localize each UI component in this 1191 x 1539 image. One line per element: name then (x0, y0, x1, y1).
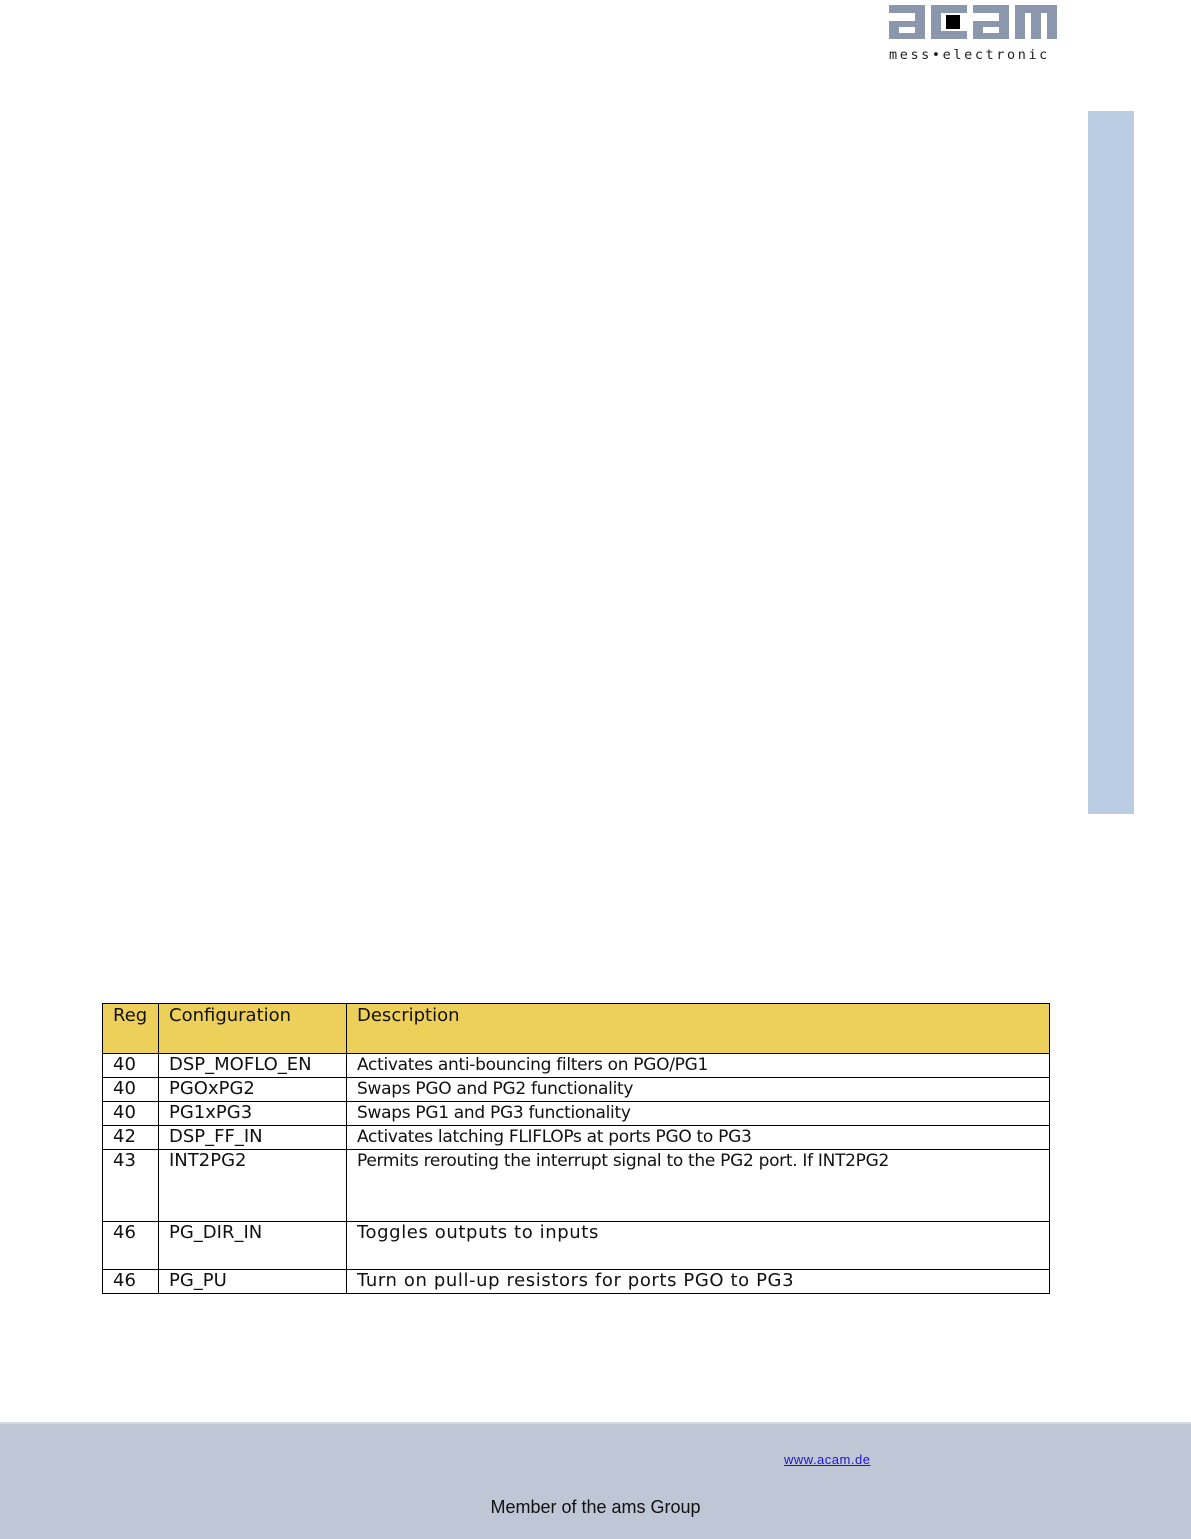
cell-reg: 46 (103, 1270, 159, 1294)
cell-description: Activates anti-bouncing filters on PGO/P… (347, 1054, 1050, 1078)
cell-configuration: PG_PU (159, 1270, 347, 1294)
page-footer: www.acam.de Member of the ams Group (0, 1422, 1191, 1539)
cell-description: Turn on pull-up resistors for ports PGO … (347, 1270, 1050, 1294)
table-row: 40 PGOxPG2 Swaps PGO and PG2 functionali… (103, 1078, 1050, 1102)
column-header-description: Description (347, 1004, 1050, 1054)
cell-configuration: INT2PG2 (159, 1150, 347, 1222)
cell-configuration: PGOxPG2 (159, 1078, 347, 1102)
cell-configuration: PG1xPG3 (159, 1102, 347, 1126)
logo-tagline: mess•electronic (889, 47, 1050, 63)
acam-wordmark-icon (887, 3, 1059, 41)
cell-description: Activates latching FLIFLOPs at ports PGO… (347, 1126, 1050, 1150)
acam-logo: mess•electronic (887, 3, 1059, 63)
register-table: Reg Configuration Description 40 DSP_MOF… (102, 1003, 1050, 1294)
table-row: 46 PG_PU Turn on pull-up resistors for p… (103, 1270, 1050, 1294)
cell-reg: 43 (103, 1150, 159, 1222)
cell-configuration: DSP_FF_IN (159, 1126, 347, 1150)
cell-reg: 40 (103, 1054, 159, 1078)
cell-description: Toggles outputs to inputs (347, 1222, 1050, 1270)
cell-description: Permits rerouting the interrupt signal t… (347, 1150, 1050, 1222)
table-row: 40 PG1xPG3 Swaps PG1 and PG3 functionali… (103, 1102, 1050, 1126)
cell-configuration: DSP_MOFLO_EN (159, 1054, 347, 1078)
table-row: 42 DSP_FF_IN Activates latching FLIFLOPs… (103, 1126, 1050, 1150)
cell-description: Swaps PG1 and PG3 functionality (347, 1102, 1050, 1126)
table-row: 40 DSP_MOFLO_EN Activates anti-bouncing … (103, 1054, 1050, 1078)
cell-reg: 40 (103, 1102, 159, 1126)
cell-reg: 40 (103, 1078, 159, 1102)
column-header-reg: Reg (103, 1004, 159, 1054)
cell-reg: 46 (103, 1222, 159, 1270)
table-row: 43 INT2PG2 Permits rerouting the interru… (103, 1150, 1050, 1222)
cell-description: Swaps PGO and PG2 functionality (347, 1078, 1050, 1102)
cell-reg: 42 (103, 1126, 159, 1150)
table-row: 46 PG_DIR_IN Toggles outputs to inputs (103, 1222, 1050, 1270)
side-chapter-tab (1088, 111, 1134, 814)
cell-configuration: PG_DIR_IN (159, 1222, 347, 1270)
table-header-row: Reg Configuration Description (103, 1004, 1050, 1054)
member-text: Member of the ams Group (0, 1497, 1191, 1518)
column-header-configuration: Configuration (159, 1004, 347, 1054)
website-link[interactable]: www.acam.de (784, 1452, 870, 1467)
